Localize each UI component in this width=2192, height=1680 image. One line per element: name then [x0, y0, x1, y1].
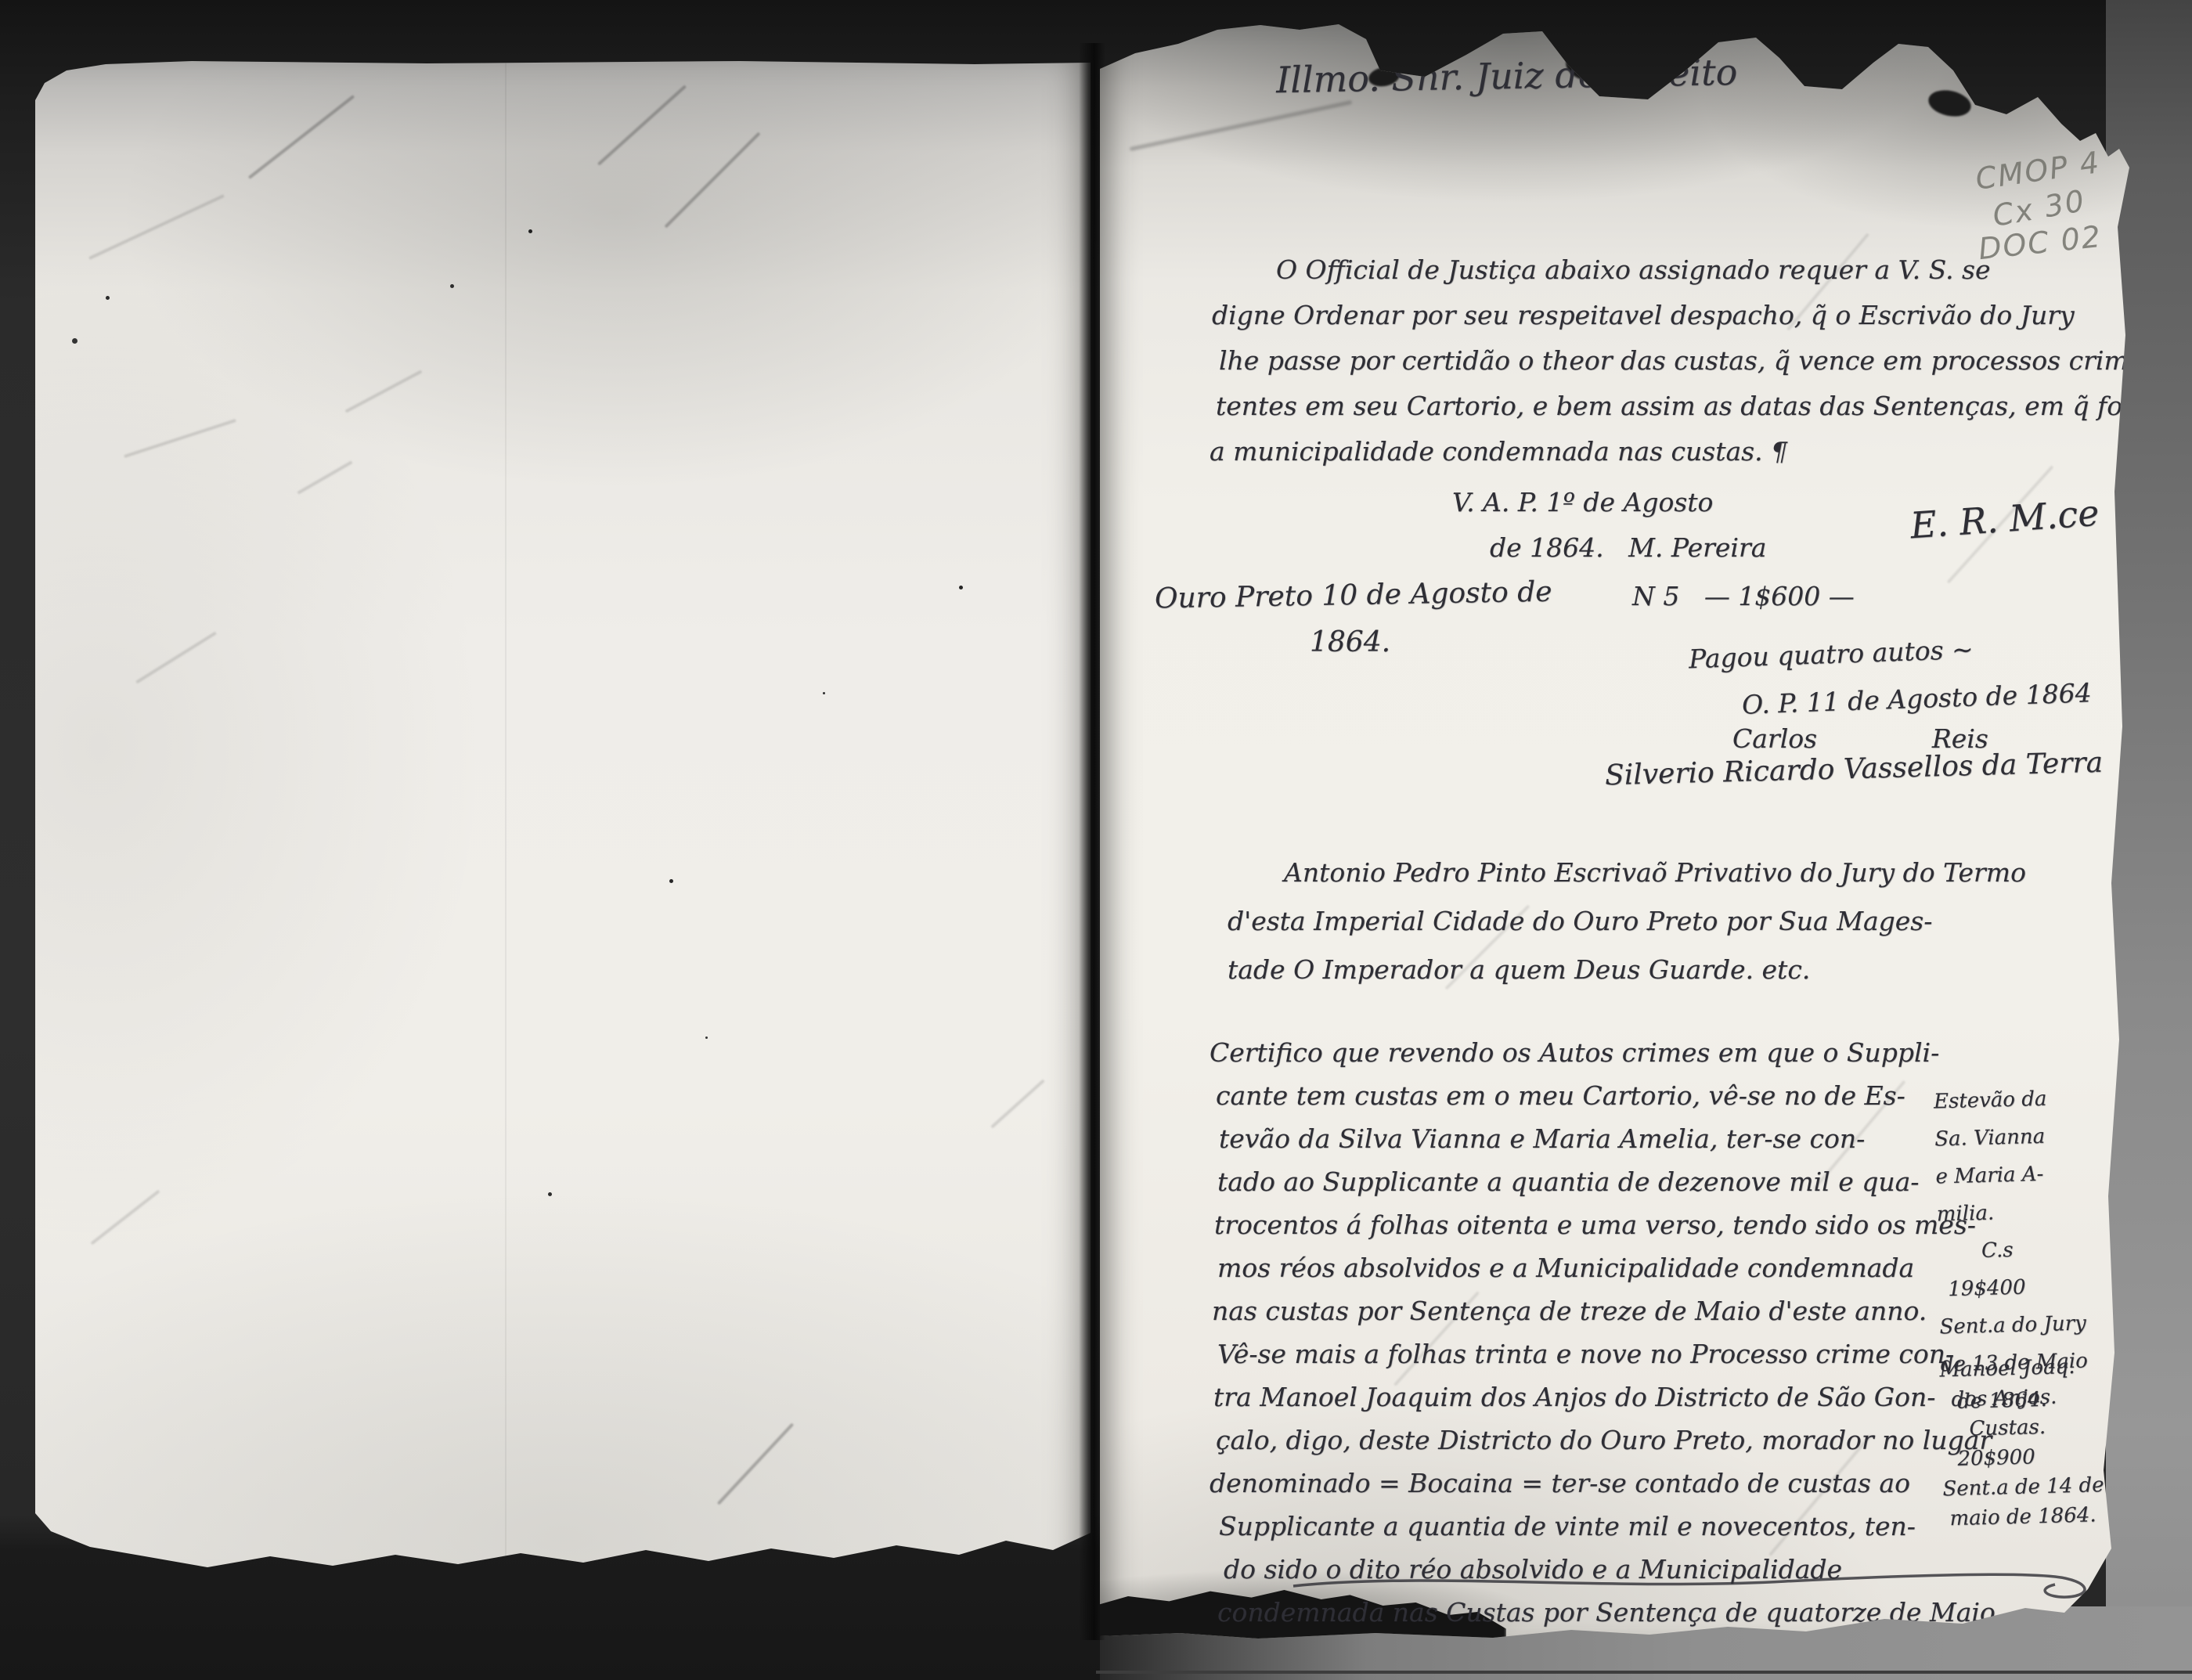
paper-smudge	[717, 1422, 794, 1505]
pen-flourish	[1284, 1556, 2114, 1611]
paper-smudge	[248, 95, 355, 179]
certificate-intro-line: d'esta Imperial Cidade do Ouro Preto por…	[1228, 906, 1932, 936]
petition-line: lhe passe por certidão o theor das custa…	[1219, 345, 2192, 376]
signature: Silverio Ricardo Vassellos da Terra	[1605, 747, 2104, 792]
despacho-line: de 1864. M. Pereira	[1490, 532, 1766, 563]
receipt-place-date: O. P. 11 de Agosto de 1864	[1741, 677, 2092, 720]
receipt-names: Carlos Reis	[1732, 723, 1988, 754]
certificate-body-line: tra Manoel Joaquim dos Anjos do District…	[1213, 1382, 1935, 1412]
paper-smudge	[297, 460, 352, 494]
despacho-line: V. A. P. 1º de Agosto	[1452, 487, 1713, 517]
margin-note-line: Sa. Vianna	[1934, 1116, 2139, 1159]
closing-formula: E. R. M.ce	[1909, 492, 2100, 547]
certificate-body-line: trocentos á folhas oitenta e uma verso, …	[1214, 1210, 1976, 1240]
paper-smudge	[135, 632, 217, 684]
petition-line: tentes em seu Cartorio, e bem assim as d…	[1216, 391, 2131, 421]
fee-note: N 5 — 1$600 —	[1632, 581, 1855, 611]
certificate-body-line: denominado = Bocaina = ter-se contado de…	[1210, 1468, 1910, 1498]
certificate-intro-line: tade O Imperador a quem Deus Guarde. etc…	[1228, 954, 1810, 985]
right-page-manuscript: [2] CMOP 4 Cx 30 DOC 02 Illmo. Snr. Juiz…	[1100, 22, 2129, 1639]
scan-edge-line	[1096, 1671, 2192, 1674]
paper-smudge	[124, 419, 236, 458]
certificate-body-line: Supplicante a quantia de vinte mil e nov…	[1219, 1511, 1916, 1541]
paper-smudge	[88, 194, 225, 260]
document-header: Illmo. Snr. Juiz de Direito	[1276, 51, 1738, 101]
certificate-body-line: Certifico que revendo os Autos crimes em…	[1210, 1037, 1939, 1068]
ink-specks	[106, 296, 110, 300]
margin-note-line: Estevão da	[1933, 1078, 2137, 1121]
certificate-intro-line: Antonio Pedro Pinto Escrivaõ Privativo d…	[1284, 857, 2026, 888]
receipt-date-line: 1864.	[1310, 626, 1390, 658]
tear-hole	[1926, 87, 1973, 121]
paid-note: Pagou quatro autos ~	[1688, 634, 1974, 675]
paper-smudge	[664, 132, 760, 228]
paper-crease	[1130, 100, 1353, 151]
certificate-body-line: nas custas por Sentença de treze de Maio…	[1212, 1296, 1927, 1326]
certificate-body-line: tevão da Silva Vianna e Maria Amelia, te…	[1219, 1123, 1865, 1154]
scanned-document: [2] CMOP 4 Cx 30 DOC 02 Illmo. Snr. Juiz…	[0, 0, 2192, 1680]
certificate-body-line: çalo, digo, deste Districto do Ouro Pret…	[1216, 1425, 1992, 1455]
paper-smudge	[344, 370, 422, 413]
receipt-date-line: Ouro Preto 10 de Agosto de	[1155, 576, 1552, 615]
certificate-body-line: Vê-se mais a folhas trinta e nove no Pro…	[1217, 1339, 1954, 1369]
certificate-body-line: tado ao Supplicante a quantia de dezenov…	[1217, 1166, 1919, 1197]
left-page-blank	[35, 61, 1091, 1584]
paper-smudge	[90, 1190, 160, 1246]
certificate-body-line: cante tem custas em o meu Cartorio, vê-s…	[1216, 1080, 1905, 1111]
paper-smudge	[990, 1079, 1045, 1128]
paper-smudge	[597, 85, 687, 165]
petition-line: digne Ordenar por seu respeitavel despac…	[1212, 300, 2075, 330]
petition-line: O Official de Justiça abaixo assignado r…	[1276, 254, 1991, 285]
certificate-body-line: mos réos absolvidos e a Municipalidade c…	[1217, 1253, 1914, 1283]
petition-line: a municipalidade condemnada nas custas. …	[1210, 436, 1787, 467]
paper-fold-line	[505, 61, 507, 1584]
